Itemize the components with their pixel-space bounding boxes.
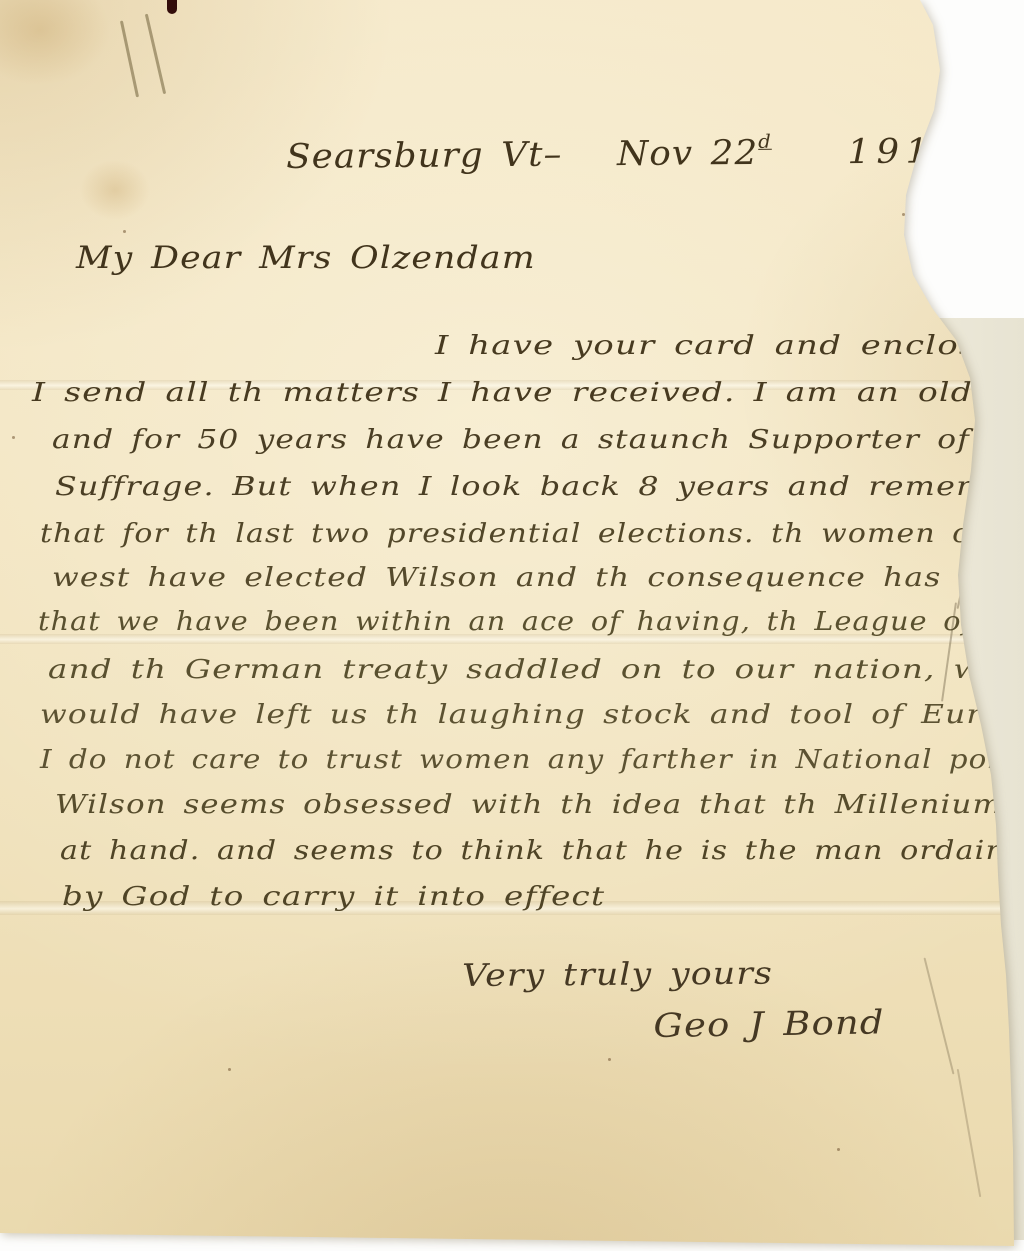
crease-crack: [924, 958, 955, 1075]
salutation: My Dear Mrs Olzendam: [76, 240, 536, 276]
paper-speck: [902, 213, 905, 216]
dateline-month-day: Nov 22: [617, 133, 759, 174]
dateline-year: 1919: [847, 131, 963, 172]
scan-background: Searsburg Vt–Nov 22d1919 My Dear Mrs Olz…: [0, 0, 1024, 1251]
signature: Geo J Bond: [653, 1002, 885, 1045]
paper-speck: [123, 230, 126, 233]
body-line-4: Suffrage. But when I look back 8 years a…: [55, 472, 1024, 502]
body-line-10: I do not care to trust women any farther…: [40, 745, 1024, 775]
letter-paper: Searsburg Vt–Nov 22d1919 My Dear Mrs Olz…: [0, 0, 1024, 1251]
body-line-7: that we have been within an ace of havin…: [38, 607, 1024, 637]
paper-speck: [608, 1058, 611, 1061]
body-line-13: by God to carry it into effect: [62, 882, 605, 912]
body-line-9: would have left us th laughing stock and…: [40, 700, 1024, 730]
body-line-11: Wilson seems obsessed with th idea that …: [55, 790, 1024, 820]
body-line-6: west have elected Wilson and th conseque…: [52, 563, 1024, 593]
paper-stain: [0, 0, 110, 85]
pen-slash-mark: [145, 14, 166, 94]
body-line-2: I send all th matters I have received. I…: [32, 378, 1024, 408]
body-line-5: that for th last two presidential electi…: [40, 519, 1024, 549]
dateline-day-superscript: d: [758, 132, 772, 153]
body-line-1: I have your card and enclosed: [435, 331, 1022, 361]
paper-speck: [228, 1068, 231, 1071]
crease-crack: [957, 1069, 982, 1197]
dateline: Searsburg Vt–Nov 22d1919: [286, 130, 964, 177]
ink-blot: [167, 0, 177, 14]
pen-slash-mark: [120, 21, 139, 98]
paper-speck: [12, 436, 15, 439]
closing: Very truly yours: [462, 956, 773, 994]
body-line-8: and th German treaty saddled on to our n…: [48, 655, 1024, 685]
paper-stain: [80, 160, 150, 220]
dateline-place: Searsburg Vt–: [286, 135, 563, 177]
body-line-12: at hand. and seems to think that he is t…: [60, 836, 1024, 866]
body-line-3: and for 50 years have been a staunch Sup…: [52, 425, 1024, 455]
paper-speck: [837, 1148, 840, 1151]
letter-paper-wrap: Searsburg Vt–Nov 22d1919 My Dear Mrs Olz…: [0, 0, 1024, 1251]
crease-crack: [957, 501, 982, 609]
crease-crack: [977, 418, 993, 507]
